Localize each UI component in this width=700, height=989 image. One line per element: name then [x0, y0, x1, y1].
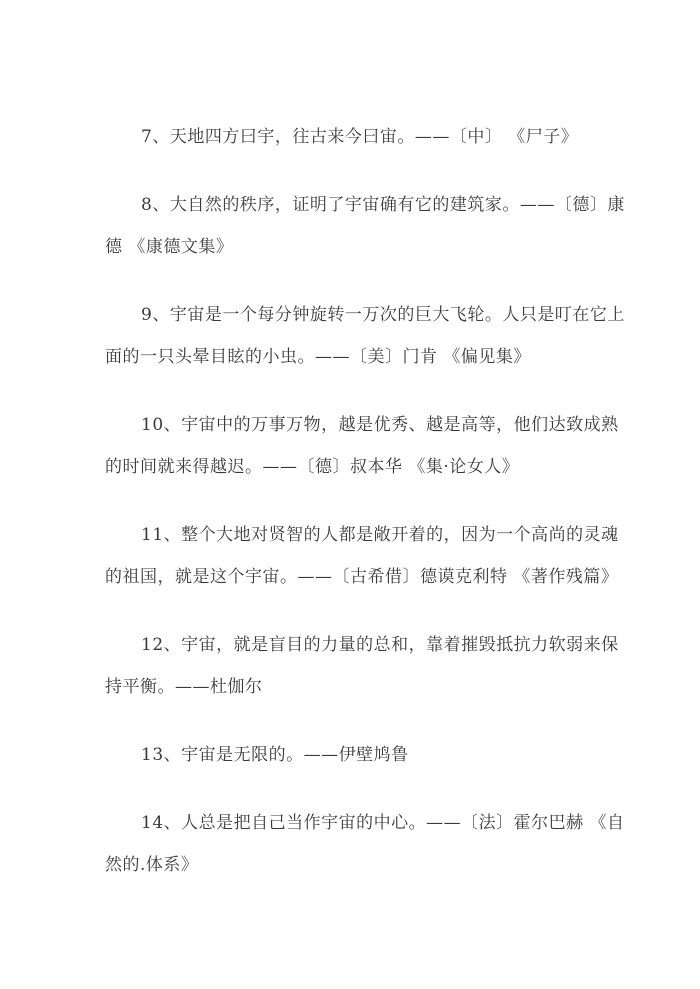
quote-line: 然的.体系》 [105, 844, 605, 886]
quote-paragraph-10: 10、宇宙中的万事万物，越是优秀、越是高等，他们达致成熟 的时间就来得越迟。——… [105, 404, 605, 488]
quote-line: 12、宇宙，就是盲目的力量的总和，靠着摧毁抵抗力软弱来保 [105, 624, 605, 666]
quote-paragraph-13: 13、宇宙是无限的。——伊壁鸠鲁 [105, 734, 605, 776]
quote-line: 8、大自然的秩序，证明了宇宙确有它的建筑家。——〔德〕康 [105, 184, 605, 226]
quote-paragraph-8: 8、大自然的秩序，证明了宇宙确有它的建筑家。——〔德〕康 德 《康德文集》 [105, 184, 605, 268]
quote-line: 10、宇宙中的万事万物，越是优秀、越是高等，他们达致成熟 [105, 404, 605, 446]
quote-line: 德 《康德文集》 [105, 226, 605, 268]
quote-line: 9、宇宙是一个每分钟旋转一万次的巨大飞轮。人只是叮在它上 [105, 294, 605, 336]
document-page: 7、天地四方曰宇，往古来今曰宙。——〔中〕 《尸子》 8、大自然的秩序，证明了宇… [0, 0, 700, 989]
quote-paragraph-7: 7、天地四方曰宇，往古来今曰宙。——〔中〕 《尸子》 [105, 116, 605, 158]
quote-line: 14、人总是把自己当作宇宙的中心。——〔法〕霍尔巴赫 《自 [105, 802, 605, 844]
quote-line: 的祖国，就是这个宇宙。——〔古希借〕德谟克利特 《著作残篇》 [105, 556, 605, 598]
quote-list: 7、天地四方曰宇，往古来今曰宙。——〔中〕 《尸子》 8、大自然的秩序，证明了宇… [105, 116, 605, 912]
quote-line: 11、整个大地对贤智的人都是敞开着的，因为一个高尚的灵魂 [105, 514, 605, 556]
quote-line: 7、天地四方曰宇，往古来今曰宙。——〔中〕 《尸子》 [105, 116, 605, 158]
quote-paragraph-12: 12、宇宙，就是盲目的力量的总和，靠着摧毁抵抗力软弱来保 持平衡。——杜伽尔 [105, 624, 605, 708]
quote-paragraph-11: 11、整个大地对贤智的人都是敞开着的，因为一个高尚的灵魂 的祖国，就是这个宇宙。… [105, 514, 605, 598]
quote-line: 13、宇宙是无限的。——伊壁鸠鲁 [105, 734, 605, 776]
quote-paragraph-9: 9、宇宙是一个每分钟旋转一万次的巨大飞轮。人只是叮在它上 面的一只头晕目眩的小虫… [105, 294, 605, 378]
quote-paragraph-14: 14、人总是把自己当作宇宙的中心。——〔法〕霍尔巴赫 《自 然的.体系》 [105, 802, 605, 886]
quote-line: 面的一只头晕目眩的小虫。——〔美〕门肯 《偏见集》 [105, 336, 605, 378]
quote-line: 持平衡。——杜伽尔 [105, 666, 605, 708]
quote-line: 的时间就来得越迟。——〔德〕叔本华 《集·论女人》 [105, 446, 605, 488]
